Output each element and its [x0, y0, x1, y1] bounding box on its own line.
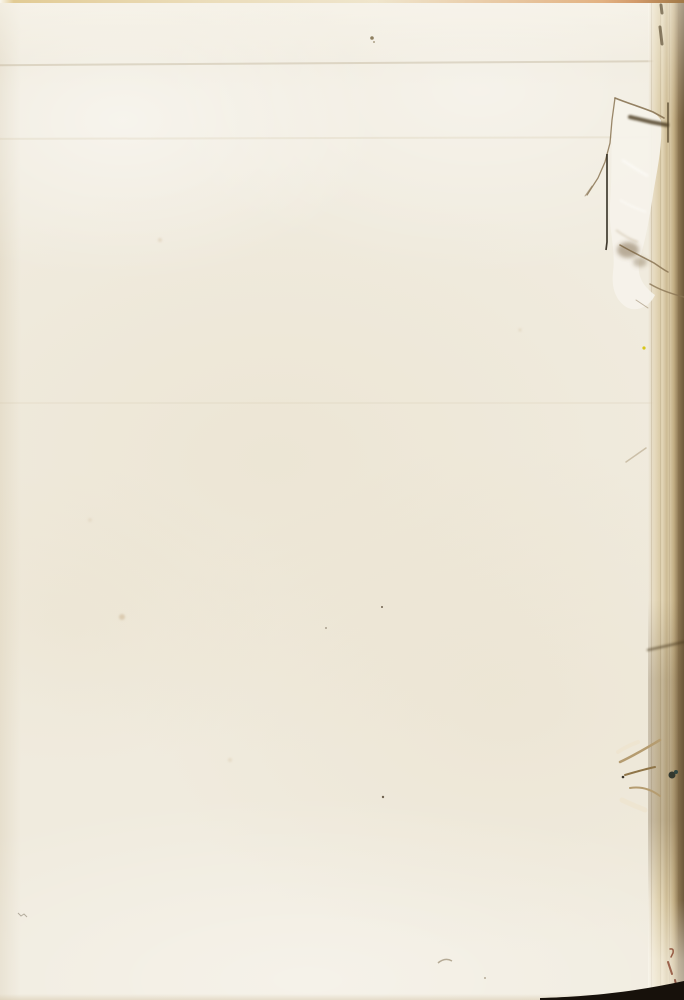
page-surface — [0, 0, 684, 1000]
scanned-book-page — [0, 0, 684, 1000]
top-edge-band — [0, 0, 684, 62]
spine-shading — [648, 0, 684, 1000]
page-top-edge — [0, 0, 684, 3]
horizontal-crease — [0, 402, 684, 404]
page-bottom-edge — [0, 994, 684, 1000]
